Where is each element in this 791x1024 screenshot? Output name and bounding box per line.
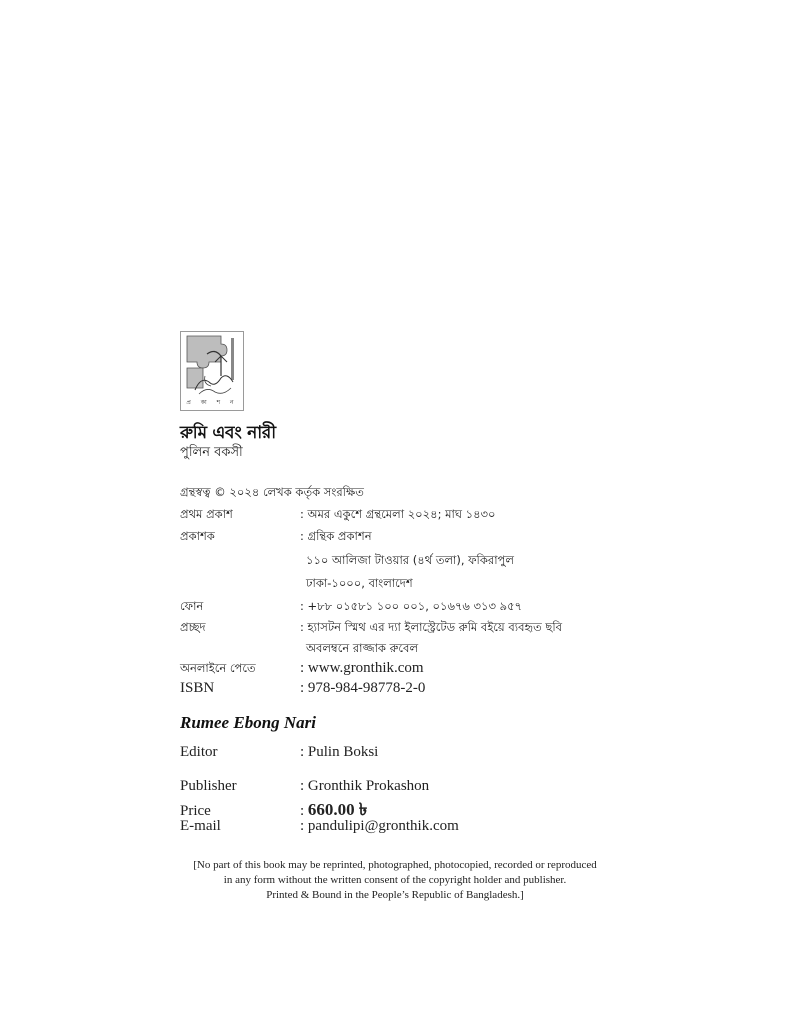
detail-label: প্রচ্ছদ: [180, 619, 300, 638]
detail-label: প্রথম প্রকাশ: [180, 506, 300, 525]
detail-isbn: ISBN : 978-984-98778-2-0: [180, 680, 425, 697]
price-amount: 660.00 ৳: [308, 800, 367, 819]
copyright-notice: [No part of this book may be reprinted, …: [160, 858, 630, 903]
detail-value: : অমর একুশে গ্রন্থমেলা ২০২৪; মাঘ ১৪৩০: [300, 506, 495, 525]
detail-value: : Gronthik Prokashon: [300, 778, 429, 795]
detail-online: অনলাইনে পেতে : www.gronthik.com: [180, 660, 424, 679]
copyright-line: গ্রন্থস্বত্ব © ২০২৪ লেখক কর্তৃক সংরক্ষিত: [180, 484, 364, 503]
detail-cover: প্রচ্ছদ : হ্যাসটন স্মিথ এর দ্যা ইলাস্ট্র…: [180, 619, 562, 638]
website-link[interactable]: : www.gronthik.com: [300, 660, 424, 677]
notice-line-1: [No part of this book may be reprinted, …: [160, 858, 630, 873]
detail-label: E-mail: [180, 818, 300, 835]
detail-label: ফোন: [180, 598, 300, 617]
notice-line-3: Printed & Bound in the People’s Republic…: [160, 888, 630, 903]
detail-phone: ফোন : +৮৮ ০১৫৮১ ১০০ ০০১, ০১৬৭৬ ৩১৩ ৯৫৭: [180, 598, 522, 617]
detail-publisher-bn: প্রকাশক : গ্রন্থিক প্রকাশন: [180, 528, 372, 547]
cover-credit-line-2: অবলম্বনে রাজ্জাক রুবেল: [306, 640, 418, 659]
detail-first-edition: প্রথম প্রকাশ : অমর একুশে গ্রন্থমেলা ২০২৪…: [180, 506, 495, 525]
detail-publisher-en: Publisher : Gronthik Prokashon: [180, 778, 429, 795]
detail-value: : গ্রন্থিক প্রকাশন: [300, 528, 372, 547]
publisher-address-line-2: ঢাকা-১০০০, বাংলাদেশ: [306, 575, 413, 594]
notice-line-2: in any form without the written consent …: [160, 873, 630, 888]
publisher-address-line-1: ১১০ আলিজা টাওয়ার (৪র্থ তলা), ফকিরাপুল: [306, 552, 514, 571]
detail-editor: Editor : Pulin Boksi: [180, 744, 378, 761]
detail-label: Publisher: [180, 778, 300, 795]
imprint-page: প্র কা শ ন রুমি এবং নারী পুলিন বকসী গ্রন…: [0, 0, 791, 1024]
email-link[interactable]: : pandulipi@gronthik.com: [300, 818, 459, 835]
book-author-bengali: পুলিন বকসী: [180, 443, 243, 464]
detail-label: Editor: [180, 744, 300, 761]
detail-label: অনলাইনে পেতে: [180, 660, 300, 679]
logo-caption: প্র কা শ ন: [181, 397, 243, 408]
detail-label: প্রকাশক: [180, 528, 300, 547]
detail-label: ISBN: [180, 680, 300, 697]
detail-value: : 978-984-98778-2-0: [300, 680, 425, 697]
detail-value: : Pulin Boksi: [300, 744, 378, 761]
price-prefix: :: [300, 803, 308, 819]
publisher-logo: প্র কা শ ন: [180, 331, 244, 411]
detail-value: : হ্যাসটন স্মিথ এর দ্যা ইলাস্ট্রেটেড রুম…: [300, 619, 562, 638]
detail-value: : +৮৮ ০১৫৮১ ১০০ ০০১, ০১৬৭৬ ৩১৩ ৯৫৭: [300, 598, 522, 617]
detail-email: E-mail : pandulipi@gronthik.com: [180, 818, 459, 835]
gronthik-logo-icon: [181, 332, 243, 400]
book-title-english: Rumee Ebong Nari: [180, 713, 316, 733]
